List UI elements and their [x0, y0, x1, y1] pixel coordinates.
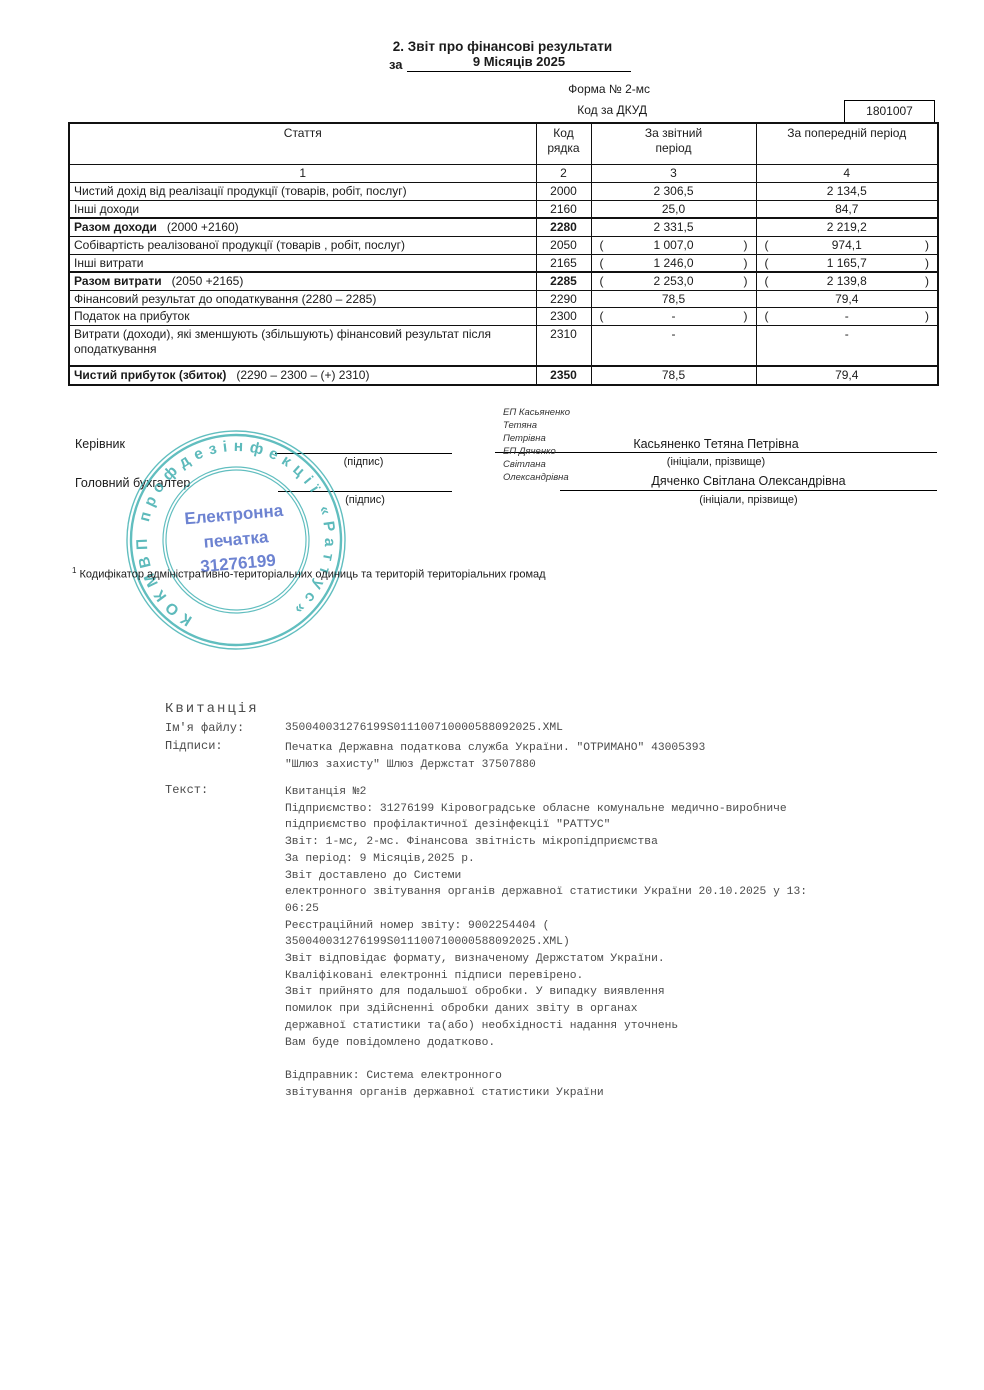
current-period-cell: (1 007,0) [591, 236, 756, 254]
col-header-code: Код рядка [536, 123, 591, 165]
table-row: Фінансовий результат до оподаткування (2… [69, 290, 938, 308]
article-cell: Чистий прибуток (збиток) (2290 – 2300 – … [69, 366, 536, 385]
accountant-name: Дяченко Світлана Олександрівна [560, 474, 937, 488]
article-cell: Собівартість реалізованої продукції (тов… [69, 236, 536, 254]
previous-period-cell: 84,7 [756, 200, 938, 218]
svg-text:печатка: печатка [203, 527, 270, 552]
row-code-cell: 2165 [536, 254, 591, 272]
row-code-cell: 2310 [536, 326, 591, 367]
current-period-cell: 78,5 [591, 290, 756, 308]
previous-period-cell: (-) [756, 308, 938, 326]
row-code-cell: 2350 [536, 366, 591, 385]
current-period-cell: 2 306,5 [591, 183, 756, 201]
article-cell: Податок на прибуток [69, 308, 536, 326]
footnote-marker: 1 [72, 566, 76, 575]
article-cell: Інші доходи [69, 200, 536, 218]
form-number-label: Форма № 2-мс [568, 82, 650, 96]
table-row: Чистий дохід від реалізації продукції (т… [69, 183, 938, 201]
receipt-signatures-value: Печатка Державна податкова служба Україн… [285, 740, 705, 773]
report-page: 2. Звіт про фінансові результати за 9 Мі… [0, 0, 984, 1390]
article-cell: Витрати (доходи), які зменшують (збільшу… [69, 326, 536, 367]
row-code-cell: 2160 [536, 200, 591, 218]
table-row: Разом доходи (2000 +2160)22802 331,52 21… [69, 218, 938, 236]
article-cell: Фінансовий результат до оподаткування (2… [69, 290, 536, 308]
col-header-article: Стаття [69, 123, 536, 165]
current-period-cell: 2 331,5 [591, 218, 756, 236]
footnote-text: Кодифікатор адміністративно-територіальн… [80, 569, 546, 581]
dkud-code-value: 1801007 [844, 100, 935, 123]
table-header-row: Стаття Код рядка За звітний період За по… [69, 123, 938, 165]
electronic-stamp: КОКМВП профдезінфекції «Раттус» Електрон… [114, 418, 358, 662]
svg-text:Електронна: Електронна [184, 501, 285, 529]
dkud-code-label: Код за ДКУД [577, 103, 647, 117]
article-cell: Разом доходи (2000 +2160) [69, 218, 536, 236]
receipt-filename-value: 350040031276199S011100710000588092025.XM… [285, 722, 563, 734]
table-row: Витрати (доходи), які зменшують (збільшу… [69, 326, 938, 367]
article-cell: Разом витрати (2050 +2165) [69, 272, 536, 290]
table-row: Чистий прибуток (збиток) (2290 – 2300 – … [69, 366, 938, 385]
previous-period-cell: (1 165,7) [756, 254, 938, 272]
row-code-cell: 2050 [536, 236, 591, 254]
col-header-previous: За попередній період [756, 123, 938, 165]
table-row: Інші доходи216025,084,7 [69, 200, 938, 218]
col-index: 4 [756, 165, 938, 183]
table-row: Разом витрати (2050 +2165)2285(2 253,0)(… [69, 272, 938, 290]
receipt-filename-label: Ім'я файлу: [165, 721, 244, 735]
table-row: Податок на прибуток2300(-)(-) [69, 308, 938, 326]
current-period-cell: 78,5 [591, 366, 756, 385]
col-index: 2 [536, 165, 591, 183]
previous-period-cell: 2 134,5 [756, 183, 938, 201]
previous-period-cell: 2 219,2 [756, 218, 938, 236]
previous-period-cell: 79,4 [756, 366, 938, 385]
receipt-text-label: Текст: [165, 783, 208, 797]
table-row: Інші витрати2165(1 246,0)(1 165,7) [69, 254, 938, 272]
period-value: 9 Місяців 2025 [407, 54, 631, 72]
previous-period-cell: 79,4 [756, 290, 938, 308]
row-code-cell: 2285 [536, 272, 591, 290]
col-index: 3 [591, 165, 756, 183]
receipt-text-body: Квитанція №2 Підприємство: 31276199 Кіро… [285, 784, 807, 1101]
article-cell: Інші витрати [69, 254, 536, 272]
electronic-signature-note: ЕП Касьяненко Тетяна Петрівна ЕП Дяченко… [503, 406, 570, 484]
table-row: Собівартість реалізованої продукції (тов… [69, 236, 938, 254]
previous-period-cell: - [756, 326, 938, 367]
row-code-cell: 2290 [536, 290, 591, 308]
period-prefix: за [389, 57, 403, 72]
article-cell: Чистий дохід від реалізації продукції (т… [69, 183, 536, 201]
receipt-signatures-label: Підписи: [165, 739, 223, 753]
current-period-cell: (1 246,0) [591, 254, 756, 272]
current-period-cell: 25,0 [591, 200, 756, 218]
row-code-cell: 2000 [536, 183, 591, 201]
col-header-current: За звітний період [591, 123, 756, 165]
previous-period-cell: (974,1) [756, 236, 938, 254]
row-code-cell: 2300 [536, 308, 591, 326]
current-period-cell: (-) [591, 308, 756, 326]
previous-period-cell: (2 139,8) [756, 272, 938, 290]
footnote: 1 Кодифікатор адміністративно-територіал… [72, 566, 546, 581]
name-caption: (ініціали, прізвище) [560, 494, 937, 506]
col-index: 1 [69, 165, 536, 183]
current-period-cell: (2 253,0) [591, 272, 756, 290]
column-index-row: 1 2 3 4 [69, 165, 938, 183]
page-title: 2. Звіт про фінансові результати [68, 39, 937, 54]
receipt-title: Квитанція [165, 701, 259, 717]
row-code-cell: 2280 [536, 218, 591, 236]
current-period-cell: - [591, 326, 756, 367]
financial-table: Стаття Код рядка За звітний період За по… [68, 122, 939, 386]
accountant-name-line [560, 490, 937, 491]
